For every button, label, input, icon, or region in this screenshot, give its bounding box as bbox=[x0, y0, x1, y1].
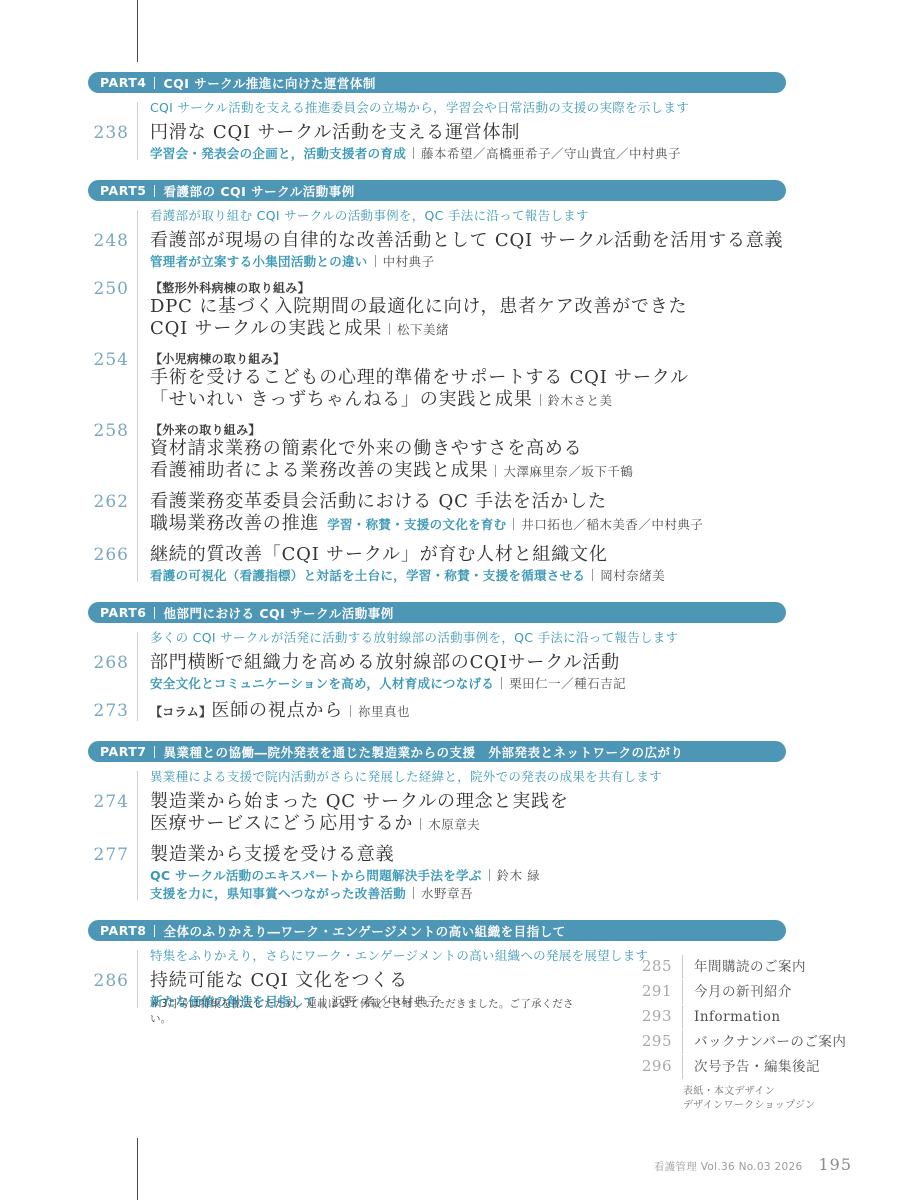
bracket-label: 【整形外科病棟の取り組み】 bbox=[150, 281, 310, 296]
entry-authors: 鈴木 緑 bbox=[497, 868, 540, 883]
part-band: PART6他部門における CQI サークル活動事例 bbox=[88, 602, 786, 623]
back-matter-label: 年間購読のご案内 bbox=[682, 955, 806, 979]
back-matter-page-number: 291 bbox=[632, 979, 682, 1003]
entry-body: 【整形外科病棟の取り組み】DPC に基づく入院期間の最適化に向け，患者ケア改善が… bbox=[137, 278, 687, 341]
entry-subtitle: 看護の可視化（看護指標）と対話を土台に，学習・称賛・支援を循環させる bbox=[150, 568, 585, 583]
part-band-divider bbox=[154, 746, 155, 758]
entry-line: 職場業務改善の推進学習・称賛・支援の文化を育む井口拓也／稲木美香／中村典子 bbox=[150, 513, 703, 536]
entry-title: 部門横断で組織力を高める放射線部のCQIサークル活動 bbox=[150, 652, 620, 673]
column-rule bbox=[137, 102, 138, 160]
section-lead: 異業種による支援で院内活動がさらに発展した経緯と，院外での発表の成果を共有します bbox=[150, 769, 786, 785]
entry-title: 医療サービスにどう応用するか bbox=[150, 813, 413, 834]
toc-entry: 258【外来の取り組み】資材請求業務の簡素化で外来の働きやすさを高める看護補助者… bbox=[88, 420, 786, 483]
author-divider bbox=[513, 518, 514, 530]
page-footer: 看護管理 Vol.36 No.03 2026 195 bbox=[654, 1155, 852, 1174]
author-divider bbox=[350, 705, 351, 717]
top-rule bbox=[137, 0, 138, 62]
entry-page-number: 258 bbox=[88, 420, 137, 483]
entry-title: 「せいれい きっずちゃんねる」の実践と成果 bbox=[150, 389, 533, 410]
entry-title: 職場業務改善の推進 bbox=[150, 513, 319, 534]
column-rule bbox=[137, 210, 138, 582]
entry-page-number: 250 bbox=[88, 278, 137, 341]
part-band: PART8全体のふりかえり―ワーク・エンゲージメントの高い組織を目指して bbox=[88, 920, 786, 941]
part-band: PART5看護部の CQI サークル活動事例 bbox=[88, 180, 786, 201]
toc-entry: 238円滑な CQI サークル活動を支える運営体制学習会・発表会の企画と，活動支… bbox=[88, 122, 786, 162]
entry-title: 円滑な CQI サークル活動を支える運営体制 bbox=[150, 122, 520, 143]
entry-page-number: 238 bbox=[88, 122, 137, 162]
back-matter: 285年間購読のご案内291今月の新刊紹介293Information295バッ… bbox=[632, 954, 872, 1113]
entry-line: 管理者が立案する小集団活動との違い中村典子 bbox=[150, 252, 783, 270]
toc-entry: 277製造業から支援を受ける意義QC サークル活動のエキスパートから問題解決手法… bbox=[88, 844, 786, 902]
column-rule bbox=[137, 632, 138, 721]
entry-subtitle: 安全文化とコミュニケーションを高め，人材育成につなげる bbox=[150, 676, 494, 691]
entry-authors: 岡村奈緒美 bbox=[600, 568, 665, 583]
entry-authors: 祢里真也 bbox=[358, 704, 410, 719]
back-matter-label: Information bbox=[682, 1005, 781, 1029]
entry-title: 継続的質改善「CQI サークル」が育む人材と組織文化 bbox=[150, 544, 608, 565]
back-matter-row: 296次号予告・編集後記 bbox=[632, 1054, 872, 1079]
entry-line: 製造業から始まった QC サークルの理念と実践を bbox=[150, 791, 569, 813]
toc-entry: 266継続的質改善「CQI サークル」が育む人材と組織文化看護の可視化（看護指標… bbox=[88, 544, 786, 584]
back-matter-label: 今月の新刊紹介 bbox=[682, 980, 792, 1004]
entry-line: 安全文化とコミュニケーションを高め，人材育成につなげる栗田仁一／種石吉記 bbox=[150, 674, 626, 692]
entry-authors: 水野章吾 bbox=[421, 886, 473, 901]
back-matter-rows: 285年間購読のご案内291今月の新刊紹介293Information295バッ… bbox=[632, 954, 872, 1079]
entry-authors: 藤本希望／高橋亜希子／守山貴宜／中村典子 bbox=[421, 146, 681, 161]
part-band-title: 他部門における CQI サークル活動事例 bbox=[163, 604, 393, 622]
entry-title: 持続可能な CQI 文化をつくる bbox=[150, 970, 408, 991]
part-label: PART8 bbox=[100, 923, 146, 938]
entry-line: 看護業務変革委員会活動における QC 手法を活かした bbox=[150, 491, 703, 513]
entry-title: 看護部が現場の自律的な改善活動として CQI サークル活動を活用する意義 bbox=[150, 230, 783, 251]
part-band-title: 看護部の CQI サークル活動事例 bbox=[163, 182, 354, 200]
entry-line: 部門横断で組織力を高める放射線部のCQIサークル活動 bbox=[150, 652, 626, 674]
author-divider bbox=[375, 255, 376, 267]
entry-body: 看護業務変革委員会活動における QC 手法を活かした職場業務改善の推進学習・称賛… bbox=[137, 491, 703, 536]
entry-body: 円滑な CQI サークル活動を支える運営体制学習会・発表会の企画と，活動支援者の… bbox=[137, 122, 681, 162]
back-matter-page-number: 293 bbox=[632, 1004, 682, 1028]
entry-line: DPC に基づく入院期間の最適化に向け，患者ケア改善ができた bbox=[150, 296, 687, 318]
entry-page-number: 268 bbox=[88, 652, 137, 692]
section-lead: 多くの CQI サークルが活発に活動する放射線部の活動事例を，QC 手法に沿って… bbox=[150, 630, 786, 646]
entry-line: 「せいれい きっずちゃんねる」の実践と成果鈴木さと美 bbox=[150, 389, 689, 412]
entry-subtitle: 学習会・発表会の企画と，活動支援者の育成 bbox=[150, 146, 406, 161]
part-label: PART6 bbox=[100, 605, 146, 620]
part-band-divider bbox=[154, 77, 155, 89]
entry-authors: 木原章夫 bbox=[428, 817, 480, 832]
part-label: PART7 bbox=[100, 744, 146, 759]
entry-line: QC サークル活動のエキスパートから問題解決手法を学ぶ鈴木 緑 bbox=[150, 866, 540, 884]
entry-page-number: 274 bbox=[88, 791, 137, 836]
toc-section: PART7異業種との協働―院外発表を通じた製造業からの支援 外部発表とネットワー… bbox=[88, 741, 786, 902]
entry-authors: 中村典子 bbox=[383, 254, 435, 269]
entry-line: 看護部が現場の自律的な改善活動として CQI サークル活動を活用する意義 bbox=[150, 230, 783, 252]
toc-section: PART6他部門における CQI サークル活動事例多くの CQI サークルが活発… bbox=[88, 602, 786, 723]
author-divider bbox=[495, 465, 496, 477]
entry-page-number: 277 bbox=[88, 844, 137, 902]
back-matter-label: 次号予告・編集後記 bbox=[682, 1055, 820, 1079]
entry-line: 【コラム】医師の視点から祢里真也 bbox=[150, 700, 410, 723]
back-matter-page-number: 295 bbox=[632, 1029, 682, 1053]
entry-authors: 大澤麻里奈／坂下千鶴 bbox=[503, 464, 633, 479]
toc-entry: 274製造業から始まった QC サークルの理念と実践を医療サービスにどう応用する… bbox=[88, 791, 786, 836]
entry-page-number: 266 bbox=[88, 544, 137, 584]
entry-line: CQI サークルの実践と成果松下美緒 bbox=[150, 318, 687, 341]
entry-line: 医療サービスにどう応用するか木原章夫 bbox=[150, 813, 569, 836]
entry-title: 製造業から支援を受ける意義 bbox=[150, 844, 394, 865]
entry-page-number: 273 bbox=[88, 700, 137, 723]
part-band-title: 異業種との協働―院外発表を通じた製造業からの支援 外部発表とネットワークの広がり bbox=[163, 743, 683, 761]
part-band-title: 全体のふりかえり―ワーク・エンゲージメントの高い組織を目指して bbox=[163, 922, 565, 940]
credit-line: 表紙・本文デザイン bbox=[683, 1085, 872, 1099]
entry-page-number: 286 bbox=[88, 970, 137, 1010]
entry-line: 継続的質改善「CQI サークル」が育む人材と組織文化 bbox=[150, 544, 665, 566]
column-rule bbox=[137, 950, 138, 1008]
entry-line: 円滑な CQI サークル活動を支える運営体制 bbox=[150, 122, 681, 144]
part-band: PART4CQI サークル推進に向けた運営体制 bbox=[88, 72, 786, 93]
author-divider bbox=[420, 818, 421, 830]
entry-body: 製造業から支援を受ける意義QC サークル活動のエキスパートから問題解決手法を学ぶ… bbox=[137, 844, 540, 902]
back-matter-row: 293Information bbox=[632, 1004, 872, 1029]
column-rule bbox=[137, 771, 138, 900]
footnote: ＊3月号は特集を拡大したため，連載は全て休載とさせていただきました。ご了承くださ… bbox=[150, 996, 580, 1026]
credit-line: デザインワークショップジン bbox=[683, 1099, 872, 1113]
section-body: 多くの CQI サークルが活発に活動する放射線部の活動事例を，QC 手法に沿って… bbox=[88, 630, 786, 723]
author-divider bbox=[540, 394, 541, 406]
author-divider bbox=[501, 677, 502, 689]
section-body: CQI サークル活動を支える推進委員会の立場から，学習会や日常活動の支援の実際を… bbox=[88, 100, 786, 162]
entry-line: 持続可能な CQI 文化をつくる bbox=[150, 970, 440, 992]
part-label: PART4 bbox=[100, 75, 146, 90]
footer-journal-title: 看護管理 Vol.36 No.03 2026 bbox=[654, 1159, 803, 1174]
bottom-rule bbox=[137, 1138, 138, 1200]
entry-page-number: 262 bbox=[88, 491, 137, 536]
entry-authors: 井口拓也／稲木美香／中村典子 bbox=[521, 517, 703, 532]
entry-body: 【外来の取り組み】資材請求業務の簡素化で外来の働きやすさを高める看護補助者による… bbox=[137, 420, 633, 483]
author-divider bbox=[489, 869, 490, 881]
entry-authors: 鈴木さと美 bbox=[548, 393, 613, 408]
entry-line: 看護補助者による業務改善の実践と成果大澤麻里奈／坂下千鶴 bbox=[150, 460, 633, 483]
bracket-label: 【小児病棟の取り組み】 bbox=[150, 352, 285, 367]
entry-body: 製造業から始まった QC サークルの理念と実践を医療サービスにどう応用するか木原… bbox=[137, 791, 569, 836]
entry-title: 資材請求業務の簡素化で外来の働きやすさを高める bbox=[150, 438, 582, 459]
section-lead: CQI サークル活動を支える推進委員会の立場から，学習会や日常活動の支援の実際を… bbox=[150, 100, 786, 116]
design-credits: 表紙・本文デザイン デザインワークショップジン bbox=[683, 1085, 872, 1113]
author-divider bbox=[592, 569, 593, 581]
back-matter-page-number: 296 bbox=[632, 1054, 682, 1078]
section-body: 看護部が取り組む CQI サークルの活動事例を，QC 手法に沿って報告します24… bbox=[88, 208, 786, 584]
entry-line: 支援を力に，県知事賞へつながった改善活動水野章吾 bbox=[150, 884, 540, 902]
entry-title: 看護業務変革委員会活動における QC 手法を活かした bbox=[150, 491, 607, 512]
entry-title: 製造業から始まった QC サークルの理念と実践を bbox=[150, 791, 569, 812]
entry-subtitle: QC サークル活動のエキスパートから問題解決手法を学ぶ bbox=[150, 868, 482, 883]
entry-line: 【外来の取り組み】 bbox=[150, 420, 633, 438]
entry-line: 学習会・発表会の企画と，活動支援者の育成藤本希望／高橋亜希子／守山貴宜／中村典子 bbox=[150, 144, 681, 162]
author-divider bbox=[413, 887, 414, 899]
back-matter-row: 291今月の新刊紹介 bbox=[632, 979, 872, 1004]
bracket-label: 【コラム】 bbox=[150, 705, 211, 720]
entry-body: 部門横断で組織力を高める放射線部のCQIサークル活動安全文化とコミュニケーション… bbox=[137, 652, 626, 692]
section-body: 異業種による支援で院内活動がさらに発展した経緯と，院外での発表の成果を共有します… bbox=[88, 769, 786, 902]
entry-title: DPC に基づく入院期間の最適化に向け，患者ケア改善ができた bbox=[150, 296, 687, 317]
entry-title: CQI サークルの実践と成果 bbox=[150, 318, 382, 339]
bracket-label: 【外来の取り組み】 bbox=[150, 423, 261, 438]
toc-sections: PART4CQI サークル推進に向けた運営体制CQI サークル活動を支える推進委… bbox=[88, 72, 786, 1028]
entry-title: 手術を受けるこどもの心理的準備をサポートする CQI サークル bbox=[150, 367, 689, 388]
toc-section: PART5看護部の CQI サークル活動事例看護部が取り組む CQI サークルの… bbox=[88, 180, 786, 584]
part-label: PART5 bbox=[100, 183, 146, 198]
entry-body: 看護部が現場の自律的な改善活動として CQI サークル活動を活用する意義管理者が… bbox=[137, 230, 783, 270]
entry-line: 製造業から支援を受ける意義 bbox=[150, 844, 540, 866]
part-band-divider bbox=[154, 185, 155, 197]
entry-body: 【小児病棟の取り組み】手術を受けるこどもの心理的準備をサポートする CQI サー… bbox=[137, 349, 689, 412]
toc-section: PART4CQI サークル推進に向けた運営体制CQI サークル活動を支える推進委… bbox=[88, 72, 786, 162]
entry-page-number: 254 bbox=[88, 349, 137, 412]
entry-subtitle: 支援を力に，県知事賞へつながった改善活動 bbox=[150, 886, 406, 901]
part-band-title: CQI サークル推進に向けた運営体制 bbox=[163, 74, 375, 92]
back-matter-row: 295バックナンバーのご案内 bbox=[632, 1029, 872, 1054]
author-divider bbox=[413, 147, 414, 159]
entry-page-number: 248 bbox=[88, 230, 137, 270]
toc-entry: 254【小児病棟の取り組み】手術を受けるこどもの心理的準備をサポートする CQI… bbox=[88, 349, 786, 412]
part-band-divider bbox=[154, 607, 155, 619]
section-lead: 看護部が取り組む CQI サークルの活動事例を，QC 手法に沿って報告します bbox=[150, 208, 786, 224]
entry-subtitle: 学習・称賛・支援の文化を育む bbox=[327, 517, 506, 532]
part-band-divider bbox=[154, 925, 155, 937]
entry-line: 看護の可視化（看護指標）と対話を土台に，学習・称賛・支援を循環させる岡村奈緒美 bbox=[150, 566, 665, 584]
back-matter-page-number: 285 bbox=[632, 954, 682, 978]
entry-body: 【コラム】医師の視点から祢里真也 bbox=[137, 700, 410, 723]
toc-entry: 273【コラム】医師の視点から祢里真也 bbox=[88, 700, 786, 723]
entry-line: 【整形外科病棟の取り組み】 bbox=[150, 278, 687, 296]
entry-line: 資材請求業務の簡素化で外来の働きやすさを高める bbox=[150, 438, 633, 460]
back-matter-label: バックナンバーのご案内 bbox=[682, 1030, 846, 1054]
entry-authors: 栗田仁一／種石吉記 bbox=[509, 676, 626, 691]
toc-page: PART4CQI サークル推進に向けた運営体制CQI サークル活動を支える推進委… bbox=[0, 0, 900, 1200]
author-divider bbox=[389, 323, 390, 335]
entry-title: 医師の視点から bbox=[211, 700, 343, 721]
entry-subtitle: 管理者が立案する小集団活動との違い bbox=[150, 254, 368, 269]
entry-body: 継続的質改善「CQI サークル」が育む人材と組織文化看護の可視化（看護指標）と対… bbox=[137, 544, 665, 584]
entry-title: 看護補助者による業務改善の実践と成果 bbox=[150, 460, 488, 481]
entry-authors: 松下美緒 bbox=[397, 322, 449, 337]
part-band: PART7異業種との協働―院外発表を通じた製造業からの支援 外部発表とネットワー… bbox=[88, 741, 786, 762]
toc-entry: 262看護業務変革委員会活動における QC 手法を活かした職場業務改善の推進学習… bbox=[88, 491, 786, 536]
entry-line: 手術を受けるこどもの心理的準備をサポートする CQI サークル bbox=[150, 367, 689, 389]
footer-page-number: 195 bbox=[818, 1155, 852, 1174]
toc-entry: 250【整形外科病棟の取り組み】DPC に基づく入院期間の最適化に向け，患者ケア… bbox=[88, 278, 786, 341]
toc-entry: 248看護部が現場の自律的な改善活動として CQI サークル活動を活用する意義管… bbox=[88, 230, 786, 270]
back-matter-row: 285年間購読のご案内 bbox=[632, 954, 872, 979]
entry-line: 【小児病棟の取り組み】 bbox=[150, 349, 689, 367]
toc-entry: 268部門横断で組織力を高める放射線部のCQIサークル活動安全文化とコミュニケー… bbox=[88, 652, 786, 692]
